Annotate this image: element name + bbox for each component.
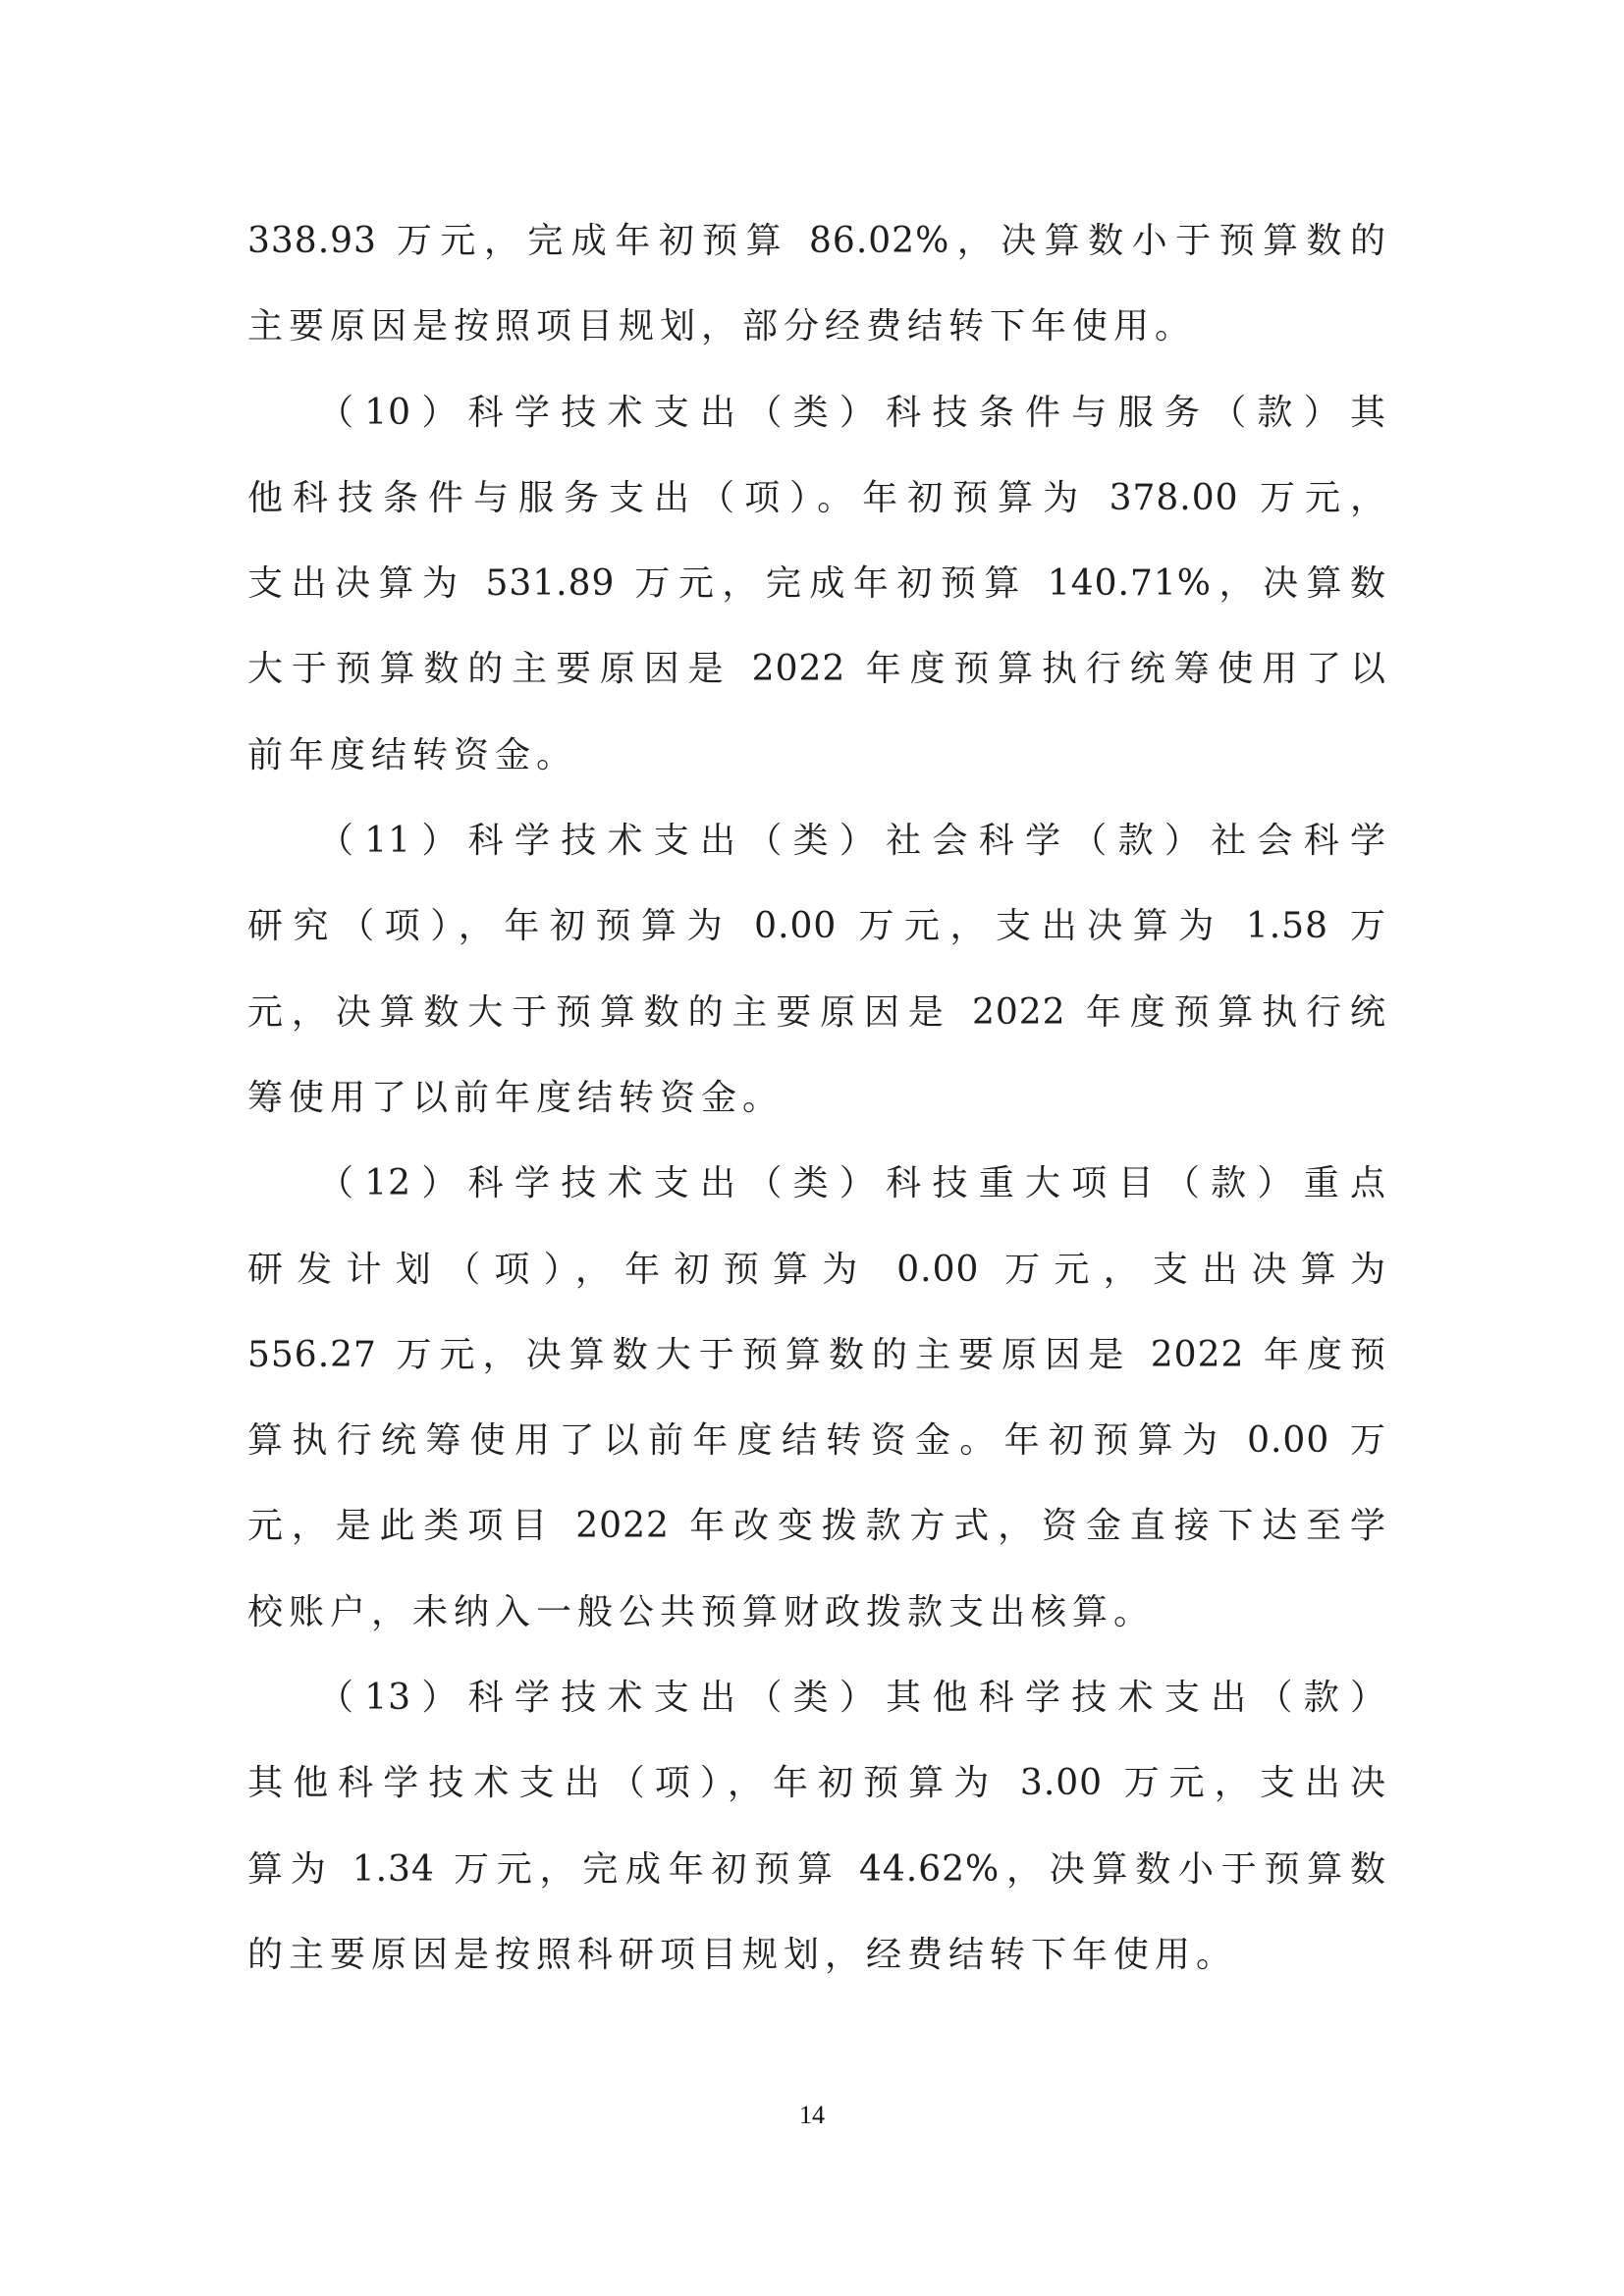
text-line: 主要原因是按照项目规划，部分经费结转下年使用。: [247, 284, 1386, 369]
text-line: 大于预算数的主要原因是 2022 年度预算执行统筹使用了以: [247, 626, 1386, 712]
text-line: （12）科学技术支出（类）科技重大项目（款）重点: [247, 1141, 1386, 1226]
text-line: 元，决算数大于预算数的主要原因是 2022 年度预算执行统: [247, 970, 1386, 1055]
document-page: 338.93 万元，完成年初预算 86.02%，决算数小于预算数的 主要原因是按…: [0, 0, 1624, 2296]
text-line: 他科技条件与服务支出（项）。年初预算为 378.00 万元，: [247, 455, 1386, 541]
text-line: 算执行统筹使用了以前年度结转资金。年初预算为 0.00 万: [247, 1398, 1386, 1483]
text-line: 前年度结转资金。: [247, 713, 1386, 798]
text-line: 算为 1.34 万元，完成年初预算 44.62%，决算数小于预算数: [247, 1827, 1386, 1912]
text-line: 校账户，未纳入一般公共预算财政拨款支出核算。: [247, 1570, 1386, 1655]
body-text: 338.93 万元，完成年初预算 86.02%，决算数小于预算数的 主要原因是按…: [247, 198, 1386, 1998]
paragraph-11: （11）科学技术支出（类）社会科学（款）社会科学 研究（项），年初预算为 0.0…: [247, 798, 1386, 1141]
paragraph-13: （13）科学技术支出（类）其他科学技术支出（款） 其他科学技术支出（项），年初预…: [247, 1655, 1386, 1998]
page-number: 14: [0, 2101, 1624, 2130]
text-line: 556.27 万元，决算数大于预算数的主要原因是 2022 年度预: [247, 1312, 1386, 1398]
text-line: 筹使用了以前年度结转资金。: [247, 1055, 1386, 1141]
text-line: （10）科学技术支出（类）科技条件与服务（款）其: [247, 370, 1386, 455]
paragraph-10: （10）科学技术支出（类）科技条件与服务（款）其 他科技条件与服务支出（项）。年…: [247, 370, 1386, 798]
text-line: 其他科学技术支出（项），年初预算为 3.00 万元，支出决: [247, 1740, 1386, 1826]
paragraph-12: （12）科学技术支出（类）科技重大项目（款）重点 研发计划（项），年初预算为 0…: [247, 1141, 1386, 1655]
text-line: 338.93 万元，完成年初预算 86.02%，决算数小于预算数的: [247, 198, 1386, 284]
text-line: 的主要原因是按照科研项目规划，经费结转下年使用。: [247, 1912, 1386, 1998]
paragraph-9-continuation: 338.93 万元，完成年初预算 86.02%，决算数小于预算数的 主要原因是按…: [247, 198, 1386, 370]
text-line: 研究（项），年初预算为 0.00 万元，支出决算为 1.58 万: [247, 883, 1386, 969]
text-line: （11）科学技术支出（类）社会科学（款）社会科学: [247, 798, 1386, 883]
text-line: （13）科学技术支出（类）其他科学技术支出（款）: [247, 1655, 1386, 1740]
text-line: 元，是此类项目 2022 年改变拨款方式，资金直接下达至学: [247, 1483, 1386, 1569]
text-line: 研发计划（项），年初预算为 0.00 万元，支出决算为: [247, 1227, 1386, 1312]
text-line: 支出决算为 531.89 万元，完成年初预算 140.71%，决算数: [247, 541, 1386, 626]
